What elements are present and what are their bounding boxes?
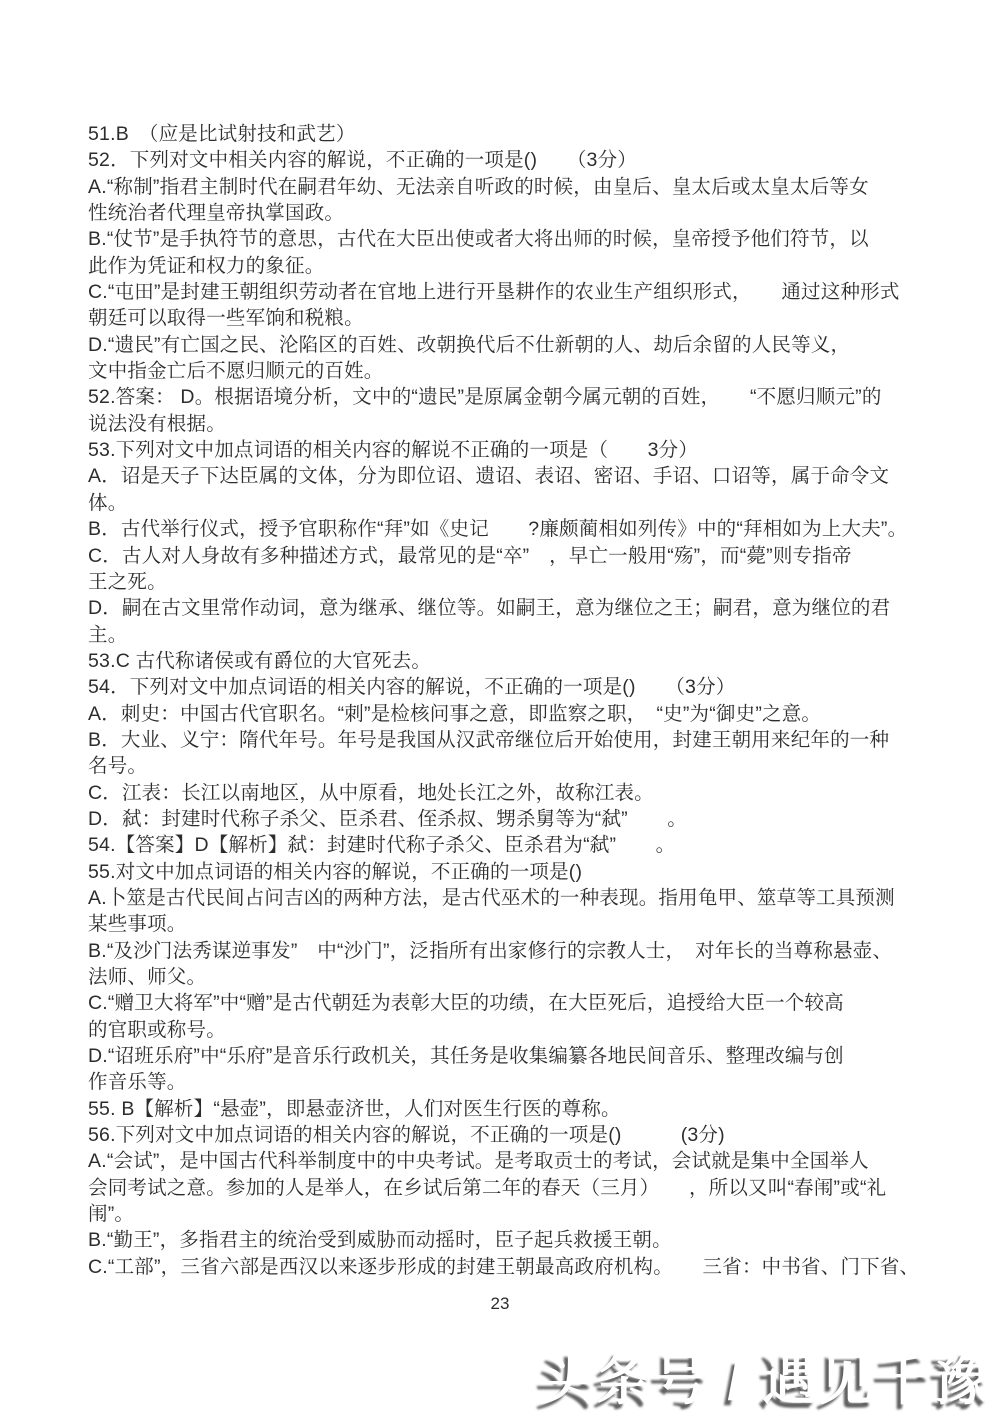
- text-line: B．古代举行仪式，授予官职称作“拜”如《史记 ?廉颇蔺相如列传》中的“拜相如为上…: [88, 516, 928, 542]
- page-number: 23: [0, 1294, 1000, 1314]
- text-line: C.“赠卫大将军”中“赠”是古代朝廷为表彰大臣的功绩，在大臣死后，追授给大臣一个…: [88, 990, 928, 1016]
- text-line: B.“及沙门法秀谋逆事发” 中“沙门”，泛指所有出家修行的宗教人士， 对年长的当…: [88, 938, 928, 964]
- text-line: 54．下列对文中加点词语的相关内容的解说，不正确的一项是() （3分）: [88, 674, 928, 700]
- text-line: 说法没有根据。: [88, 411, 928, 437]
- text-line: 名号。: [88, 753, 928, 779]
- text-line: 闱”。: [88, 1201, 928, 1227]
- text-line: 55. B【解析】“悬壶”，即悬壶济世，人们对医生行医的尊称。: [88, 1096, 928, 1122]
- text-line: 54.【答案】D【解析】弑：封建时代称子杀父、臣杀君为“弑” 。: [88, 832, 928, 858]
- text-line: A.“称制”指君主制时代在嗣君年幼、无法亲自听政的时候，由皇后、皇太后或太皇太后…: [88, 174, 928, 200]
- text-line: A.卜筮是古代民间占问吉凶的两种方法，是古代巫术的一种表现。指用龟甲、筮草等工具…: [88, 885, 928, 911]
- text-line: 会同考试之意。参加的人是举人，在乡试后第二年的春天（三月） ，所以又叫“春闱”或…: [88, 1175, 928, 1201]
- text-line: A．诏是天子下达臣属的文体，分为即位诏、遗诏、表诏、密诏、手诏、口诏等，属于命令…: [88, 463, 928, 489]
- text-line: 53.下列对文中加点词语的相关内容的解说不正确的一项是（ 3分）: [88, 437, 928, 463]
- text-line: 某些事项。: [88, 911, 928, 937]
- text-line: 体。: [88, 490, 928, 516]
- text-line: 51.B （应是比试射技和武艺）: [88, 121, 928, 147]
- text-line: 王之死。: [88, 569, 928, 595]
- text-line: C．古人对人身故有多种描述方式，最常见的是“卒” ，早亡一般用“殇”，而“薨”则…: [88, 543, 928, 569]
- text-line: 52.答案： D。根据语境分析，文中的“遗民”是原属金朝今属元朝的百姓， “不愿…: [88, 384, 928, 410]
- text-line: 56.下列对文中加点词语的相关内容的解说，不正确的一项是() (3分): [88, 1122, 928, 1148]
- text-line: 法师、师父。: [88, 964, 928, 990]
- text-line: 朝廷可以取得一些军饷和税粮。: [88, 305, 928, 331]
- text-line: A.“会试”，是中国古代科举制度中的中央考试。是考取贡士的考试，会试就是集中全国…: [88, 1148, 928, 1174]
- text-line: A．刺史：中国古代官职名。“刺”是检核问事之意，即监察之职， “史”为“御史”之…: [88, 701, 928, 727]
- text-line: D.“遗民”有亡国之民、沦陷区的百姓、改朝换代后不仕新朝的人、劫后余留的人民等义…: [88, 332, 928, 358]
- text-line: D.“诏班乐府”中“乐府”是音乐行政机关，其任务是收集编纂各地民间音乐、整理改编…: [88, 1043, 928, 1069]
- text-line: 52．下列对文中相关内容的解说，不正确的一项是() （3分）: [88, 147, 928, 173]
- text-line: C.“工部”，三省六部是西汉以来逐步形成的封建王朝最高政府机构。 三省：中书省、…: [88, 1254, 928, 1280]
- text-line: 55.对文中加点词语的相关内容的解说，不正确的一项是(): [88, 859, 928, 885]
- watermark-toutiao: 头条号 / 遇见千豫: [539, 1336, 990, 1415]
- text-line: D．嗣在古文里常作动词，意为继承、继位等。如嗣王，意为继位之王；嗣君，意为继位的…: [88, 595, 928, 621]
- text-line: 文中指金亡后不愿归顺元的百姓。: [88, 358, 928, 384]
- text-line: B.“勤王”，多指君主的统治受到威胁而动摇时，臣子起兵救援王朝。: [88, 1227, 928, 1253]
- text-line: 此作为凭证和权力的象征。: [88, 253, 928, 279]
- text-line: B.“仗节”是手执符节的意思，古代在大臣出使或者大将出师的时候，皇帝授予他们符节…: [88, 226, 928, 252]
- text-line: 主。: [88, 622, 928, 648]
- text-line: C.“屯田”是封建王朝组织劳动者在官地上进行开垦耕作的农业生产组织形式， 通过这…: [88, 279, 928, 305]
- text-line: C．江表：长江以南地区，从中原看，地处长江之外，故称江表。: [88, 780, 928, 806]
- text-line: D．弑：封建时代称子杀父、臣杀君、侄杀叔、甥杀舅等为“弑” 。: [88, 806, 928, 832]
- text-line: 作音乐等。: [88, 1069, 928, 1095]
- text-line: 的官职或称号。: [88, 1017, 928, 1043]
- text-line: 性统治者代理皇帝执掌国政。: [88, 200, 928, 226]
- text-line: B．大业、义宁：隋代年号。年号是我国从汉武帝继位后开始使用，封建王朝用来纪年的一…: [88, 727, 928, 753]
- answer-key-text-block: 51.B （应是比试射技和武艺）52．下列对文中相关内容的解说，不正确的一项是(…: [88, 121, 928, 1280]
- document-page: 51.B （应是比试射技和武艺）52．下列对文中相关内容的解说，不正确的一项是(…: [0, 0, 1000, 1415]
- text-line: 53.C 古代称诸侯或有爵位的大官死去。: [88, 648, 928, 674]
